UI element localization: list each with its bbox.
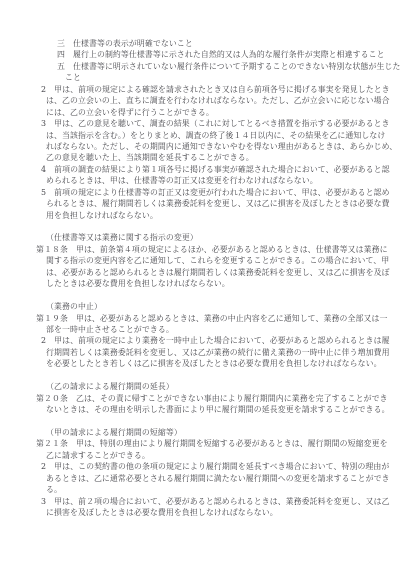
heading-text-line: （業務の中止） (36, 301, 382, 312)
para-text-line: 3 甲は、乙の意見を聴いて、調査の結果（これに対してとるべき措置を指示する必要が… (36, 118, 382, 129)
article-text-line: は、必要があると認められるときは履行期間若しくは業務委託料を変更し、又は乙に損害… (36, 267, 382, 278)
para-text-line: 3 甲は、前２項の場合において、必要があると認められるときは、業務委託料を変更し… (36, 496, 382, 507)
article-text-line: 乙に請求することができる。 (36, 450, 382, 461)
article-text-line: 部を一時中止させることができる。 (36, 324, 382, 335)
para-text-line: 行期間若しくは業務委託料を変更し、又は乙が業務の続行に備え業務の一時中止に伴う増… (36, 347, 382, 358)
blank-line (36, 290, 382, 301)
para-text-line: られるときは、履行期間若しくは業務委託料を変更し、又は乙に損害を及ぼしたときは必… (36, 198, 382, 209)
article-text-line: 第２０条 乙は、その責に帰すことができない事由により履行期間内に業務を完了するこ… (36, 393, 382, 404)
para-text-line: る。 (36, 484, 382, 495)
para-text-line: には、乙の立会いを得ずに行うことができる。 (36, 107, 382, 118)
para-text-line: 用を負担しなければならない。 (36, 210, 382, 221)
article-text-line: 第１９条 甲は、必要があると認めるときは、業務の中止内容を乙に通知して、業務の全… (36, 313, 382, 324)
heading-text-line: （乙の請求による履行期間の延長） (36, 381, 382, 392)
article-text-line: 第２１条 甲は、特別の理由により履行期間を短縮する必要があるときは、履行期間の短… (36, 438, 382, 449)
para-text-line: 4 前項の調査の結果により第１項各号に掲げる事実が確認された場合において、必要が… (36, 164, 382, 175)
para-text-line: められるときは、甲は、仕様書等の訂正又は変更を行わなければならない。 (36, 175, 382, 186)
para-text-line: 2 甲は、この契約書の他の条項の規定により履行期間を延長すべき場合において、特別… (36, 461, 382, 472)
article-text-line: したときは必要な費用を負担しなければならない。 (36, 278, 382, 289)
item-text-line: 五 仕様書等に明示されていない履行条件について予期することのできない特別な状態が… (36, 61, 382, 72)
para-text-line: ればならない。ただし、その期間内に通知できないやむを得ない理由があるときは、あら… (36, 141, 382, 152)
contract-text: 三 仕様書等の表示が明確でないこと四 履行上の制約等仕様書等に示された自然的又は… (36, 38, 382, 518)
article-text-line: 第１８条 甲は、前条第４項の規定によるほか、必要があると認めるときは、仕様書等又… (36, 244, 382, 255)
para-text-line: に損害を及ぼしたときは必要な費用を負担しなければならない。 (36, 507, 382, 518)
para-text-line: 2 甲は、前項の規定による確認を請求されたとき又は自ら前項各号に掲げる事実を発見… (36, 84, 382, 95)
para-text-line: あるときは、乙に通常必要とされる履行期間に満たない履行期間への変更を請求すること… (36, 473, 382, 484)
item-text-line: 四 履行上の制約等仕様書等に示された自然的又は人為的な履行条件が実際と相違するこ… (36, 49, 382, 60)
para-text-line: 2 甲は、前項の規定により業務を一時中止した場合において、必要があると認められる… (36, 335, 382, 346)
para-text-line: 5 前項の規定により仕様書等の訂正又は変更が行われた場合において、甲は、必要があ… (36, 187, 382, 198)
blank-line (36, 221, 382, 232)
heading-text-line: （甲の請求による履行期間の短縮等） (36, 427, 382, 438)
para-text-line: 乙の意見を聴いた上、当該期間を延長することができる。 (36, 152, 382, 163)
item-text-line: こと (36, 72, 382, 83)
document-page: 三 仕様書等の表示が明確でないこと四 履行上の制約等仕様書等に示された自然的又は… (0, 0, 410, 580)
blank-line (36, 415, 382, 426)
para-text-line: は、乙の立会いの上、直ちに調査を行わなければならない。ただし、乙が立会いに応じな… (36, 95, 382, 106)
article-text-line: 関する指示の変更内容を乙に通知して、これらを変更することができる。この場合におい… (36, 255, 382, 266)
para-text-line: は、当該指示を含む。）をとりまとめ、調査の終了後１４日以内に、その結果を乙に通知… (36, 130, 382, 141)
item-text-line: 三 仕様書等の表示が明確でないこと (36, 38, 382, 49)
heading-text-line: （仕様書等又は業務に関する指示の変更） (36, 232, 382, 243)
blank-line (36, 370, 382, 381)
article-text-line: ないときは、その理由を明示した書面により甲に履行期間の延長変更を請求することがで… (36, 404, 382, 415)
para-text-line: を必要としたとき若しくは乙に損害を及ぼしたときは必要な費用を負担しなければならな… (36, 358, 382, 369)
